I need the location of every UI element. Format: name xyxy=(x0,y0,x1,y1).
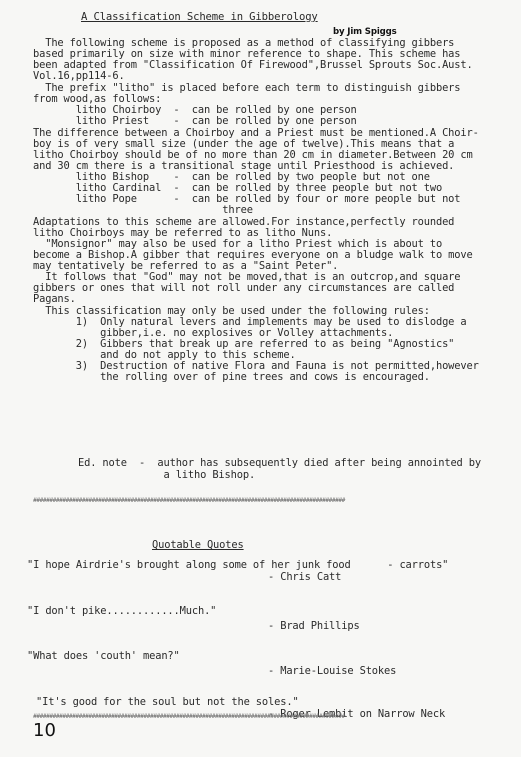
article-line: litho Priest - can be rolled by one pers… xyxy=(33,116,357,127)
article-line: gibbers or ones that will not roll under… xyxy=(33,283,454,294)
article-line: three xyxy=(33,205,253,216)
quote-author: - Brad Phillips xyxy=(268,621,360,632)
separator-line: ########################################… xyxy=(33,712,493,720)
quote-text: "I don't pike............Much." xyxy=(27,606,216,617)
document-page: A Classification Scheme in Gibberology b… xyxy=(0,0,521,757)
editor-note-line: Ed. note - author has subsequently died … xyxy=(78,458,481,469)
page-number: 10 xyxy=(33,720,56,741)
article-line: Pagans. xyxy=(33,294,76,305)
quote-author: - Chris Catt xyxy=(268,572,341,583)
article-line: the rolling over of pine trees and cows … xyxy=(33,372,430,383)
quote-text: "It's good for the soul but not the sole… xyxy=(36,697,299,708)
article-title: A Classification Scheme in Gibberology xyxy=(81,12,318,23)
quote-text: "What does 'couth' mean?" xyxy=(27,651,180,662)
separator-line: ########################################… xyxy=(33,496,493,504)
editor-note-line: a litho Bishop. xyxy=(78,470,255,481)
quotes-title: Quotable Quotes xyxy=(152,540,244,551)
quote-author: - Marie-Louise Stokes xyxy=(268,666,396,677)
quote-text: "I hope Airdrie's brought along some of … xyxy=(27,560,448,571)
article-line: Vol.16,pp114-6. xyxy=(33,71,125,82)
